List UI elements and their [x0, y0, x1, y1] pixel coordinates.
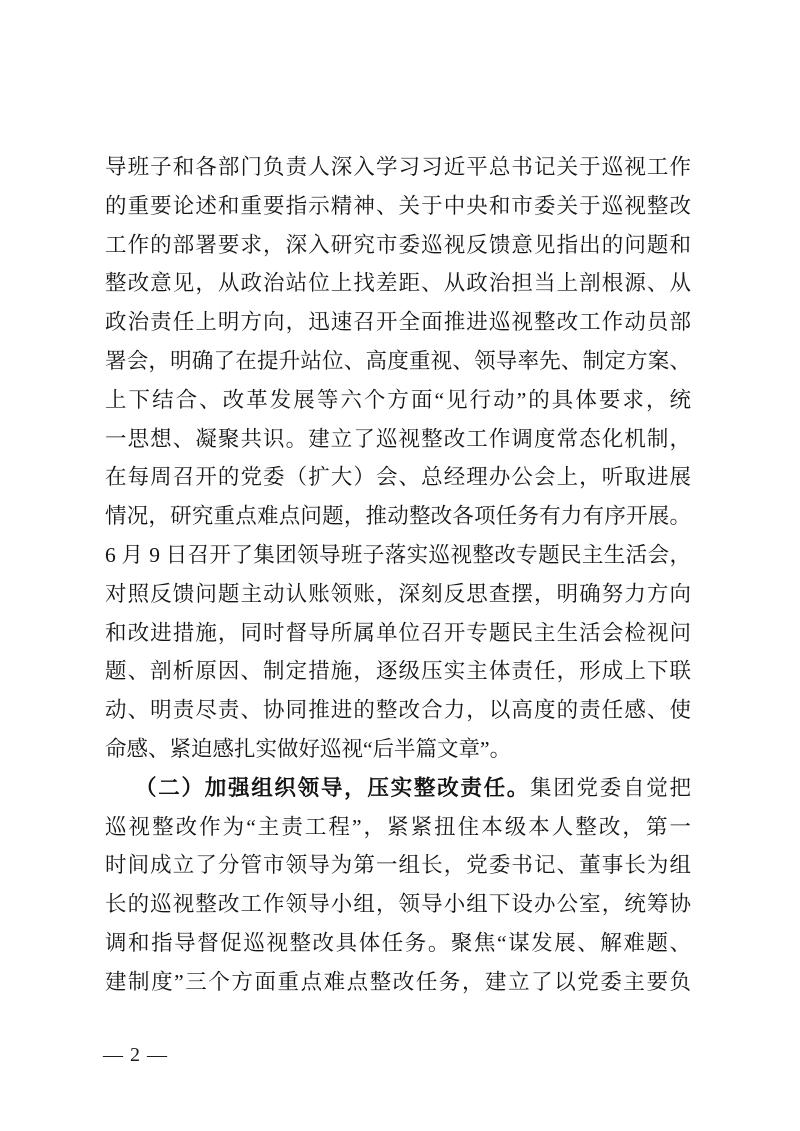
body-line: 对照反馈问题主动认账领账，深刻反思查摆，明确努力方向 — [105, 575, 691, 614]
body-line: 长的巡视整改工作领导小组，领导小组下设办公室，统筹协 — [105, 885, 691, 924]
body-line: 和改进措施，同时督导所属单位召开专题民主生活会检视问 — [105, 614, 691, 653]
body-line: 工作的部署要求，深入研究市委巡视反馈意见指出的问题和 — [105, 226, 691, 265]
body-line: 署会，明确了在提升站位、高度重视、领导率先、制定方案、 — [105, 342, 691, 381]
body-line: 时间成立了分管市领导为第一组长，党委书记、董事长为组 — [105, 846, 691, 885]
body-line: 6 月 9 日召开了集团领导班子落实巡视整改专题民主生活会， — [105, 536, 691, 575]
body-line: 的重要论述和重要指示精神、关于中央和市委关于巡视整改 — [105, 187, 691, 226]
body-line: 建制度”三个方面重点难点整改任务，建立了以党委主要负 — [105, 963, 691, 1002]
body-line: 题、剖析原因、制定措施，逐级压实主体责任，形成上下联 — [105, 652, 691, 691]
body-line: 在每周召开的党委（扩大）会、总经理办公会上，听取进展 — [105, 458, 691, 497]
body-line: 调和指导督促巡视整改具体任务。聚焦“谋发展、解难题、 — [105, 924, 691, 963]
document-page: 导班子和各部门负责人深入学习习近平总书记关于巡视工作 的重要论述和重要指示精神、… — [0, 0, 800, 1131]
page-number: — 2 — — [103, 1044, 168, 1067]
section-heading: （二）加强组织领导，压实整改责任。 — [135, 776, 530, 800]
body-line: 一思想、凝聚共识。建立了巡视整改工作调度常态化机制， — [105, 420, 691, 459]
document-body: 导班子和各部门负责人深入学习习近平总书记关于巡视工作 的重要论述和重要指示精神、… — [105, 148, 691, 1002]
body-line: 整改意见，从政治站位上找差距、从政治担当上剖根源、从 — [105, 264, 691, 303]
body-line: 导班子和各部门负责人深入学习习近平总书记关于巡视工作 — [105, 148, 691, 187]
section-heading-continuation: 集团党委自觉把 — [530, 776, 691, 800]
body-line: 上下结合、改革发展等六个方面“见行动”的具体要求，统 — [105, 381, 691, 420]
body-line: 情况，研究重点难点问题，推动整改各项任务有力有序开展。 — [105, 497, 691, 536]
body-line: 政治责任上明方向，迅速召开全面推进巡视整改工作动员部 — [105, 303, 691, 342]
section-heading-line: （二）加强组织领导，压实整改责任。集团党委自觉把 — [105, 769, 691, 808]
body-line: 巡视整改作为“主责工程”，紧紧扭住本级本人整改，第一 — [105, 808, 691, 847]
body-line: 动、明责尽责、协同推进的整改合力，以高度的责任感、使 — [105, 691, 691, 730]
body-line-paragraph-end: 命感、紧迫感扎实做好巡视“后半篇文章”。 — [105, 730, 691, 769]
